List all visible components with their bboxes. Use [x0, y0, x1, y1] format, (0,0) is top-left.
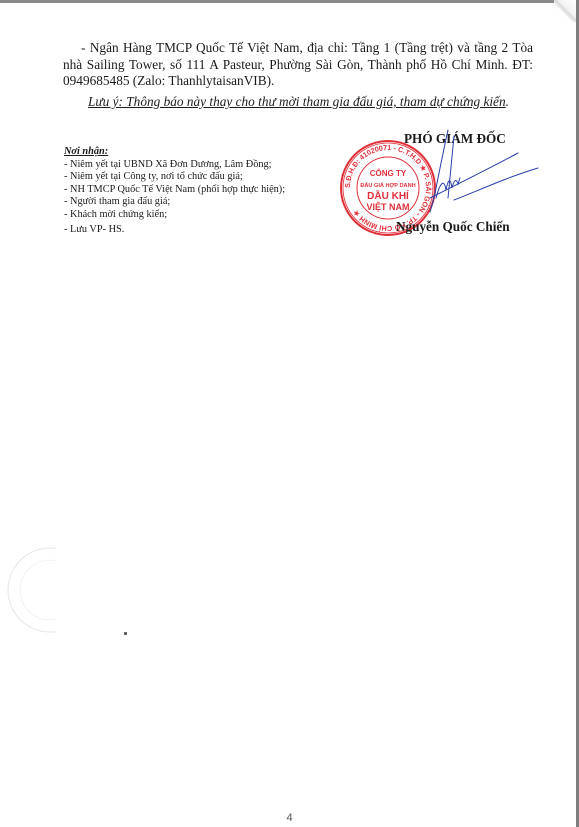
- recipient-item: - Khách mời chứng kiến;: [64, 209, 285, 222]
- svg-text:DẦU KHÍ: DẦU KHÍ: [367, 189, 409, 202]
- page-number: 4: [0, 812, 579, 824]
- note-text: Lưu ý: Thông báo này thay cho thư mời th…: [88, 94, 506, 109]
- recipients-heading: Nơi nhận:: [64, 146, 285, 159]
- svg-text:ĐẤU GIÁ HỢP DANH: ĐẤU GIÁ HỢP DANH: [360, 182, 415, 189]
- svg-text:CÔNG TY: CÔNG TY: [370, 169, 407, 178]
- recipient-item: - Người tham gia đấu giá;: [64, 196, 285, 209]
- signer-name: Nguyễn Quốc Chiến: [396, 219, 510, 235]
- page-curl-corner: [554, 0, 576, 22]
- note-period: .: [506, 94, 509, 110]
- viewer-top-border: [0, 0, 579, 3]
- faded-stamp-bleedthrough-icon: [4, 540, 56, 640]
- scan-speck: [124, 632, 127, 635]
- recipient-item: - Niêm yết tại UBND Xã Đơn Dương, Lâm Đồ…: [64, 159, 285, 172]
- recipients-block: Nơi nhận: - Niêm yết tại UBND Xã Đơn Dươ…: [64, 146, 285, 236]
- svg-text:VIỆT NAM: VIỆT NAM: [366, 201, 409, 212]
- recipient-item: - Niêm yết tại Công ty, nơi tổ chức đấu …: [64, 171, 285, 184]
- recipient-item: - Lưu VP- HS.: [64, 224, 285, 237]
- note-line: Lưu ý: Thông báo này thay cho thư mời th…: [88, 94, 509, 110]
- bank-info-paragraph: - Ngân Hàng TMCP Quốc Tế Việt Nam, địa c…: [63, 40, 533, 90]
- recipient-item: - NH TMCP Quốc Tế Việt Nam (phối hợp thự…: [64, 184, 285, 197]
- handwritten-signature-icon: [410, 128, 540, 228]
